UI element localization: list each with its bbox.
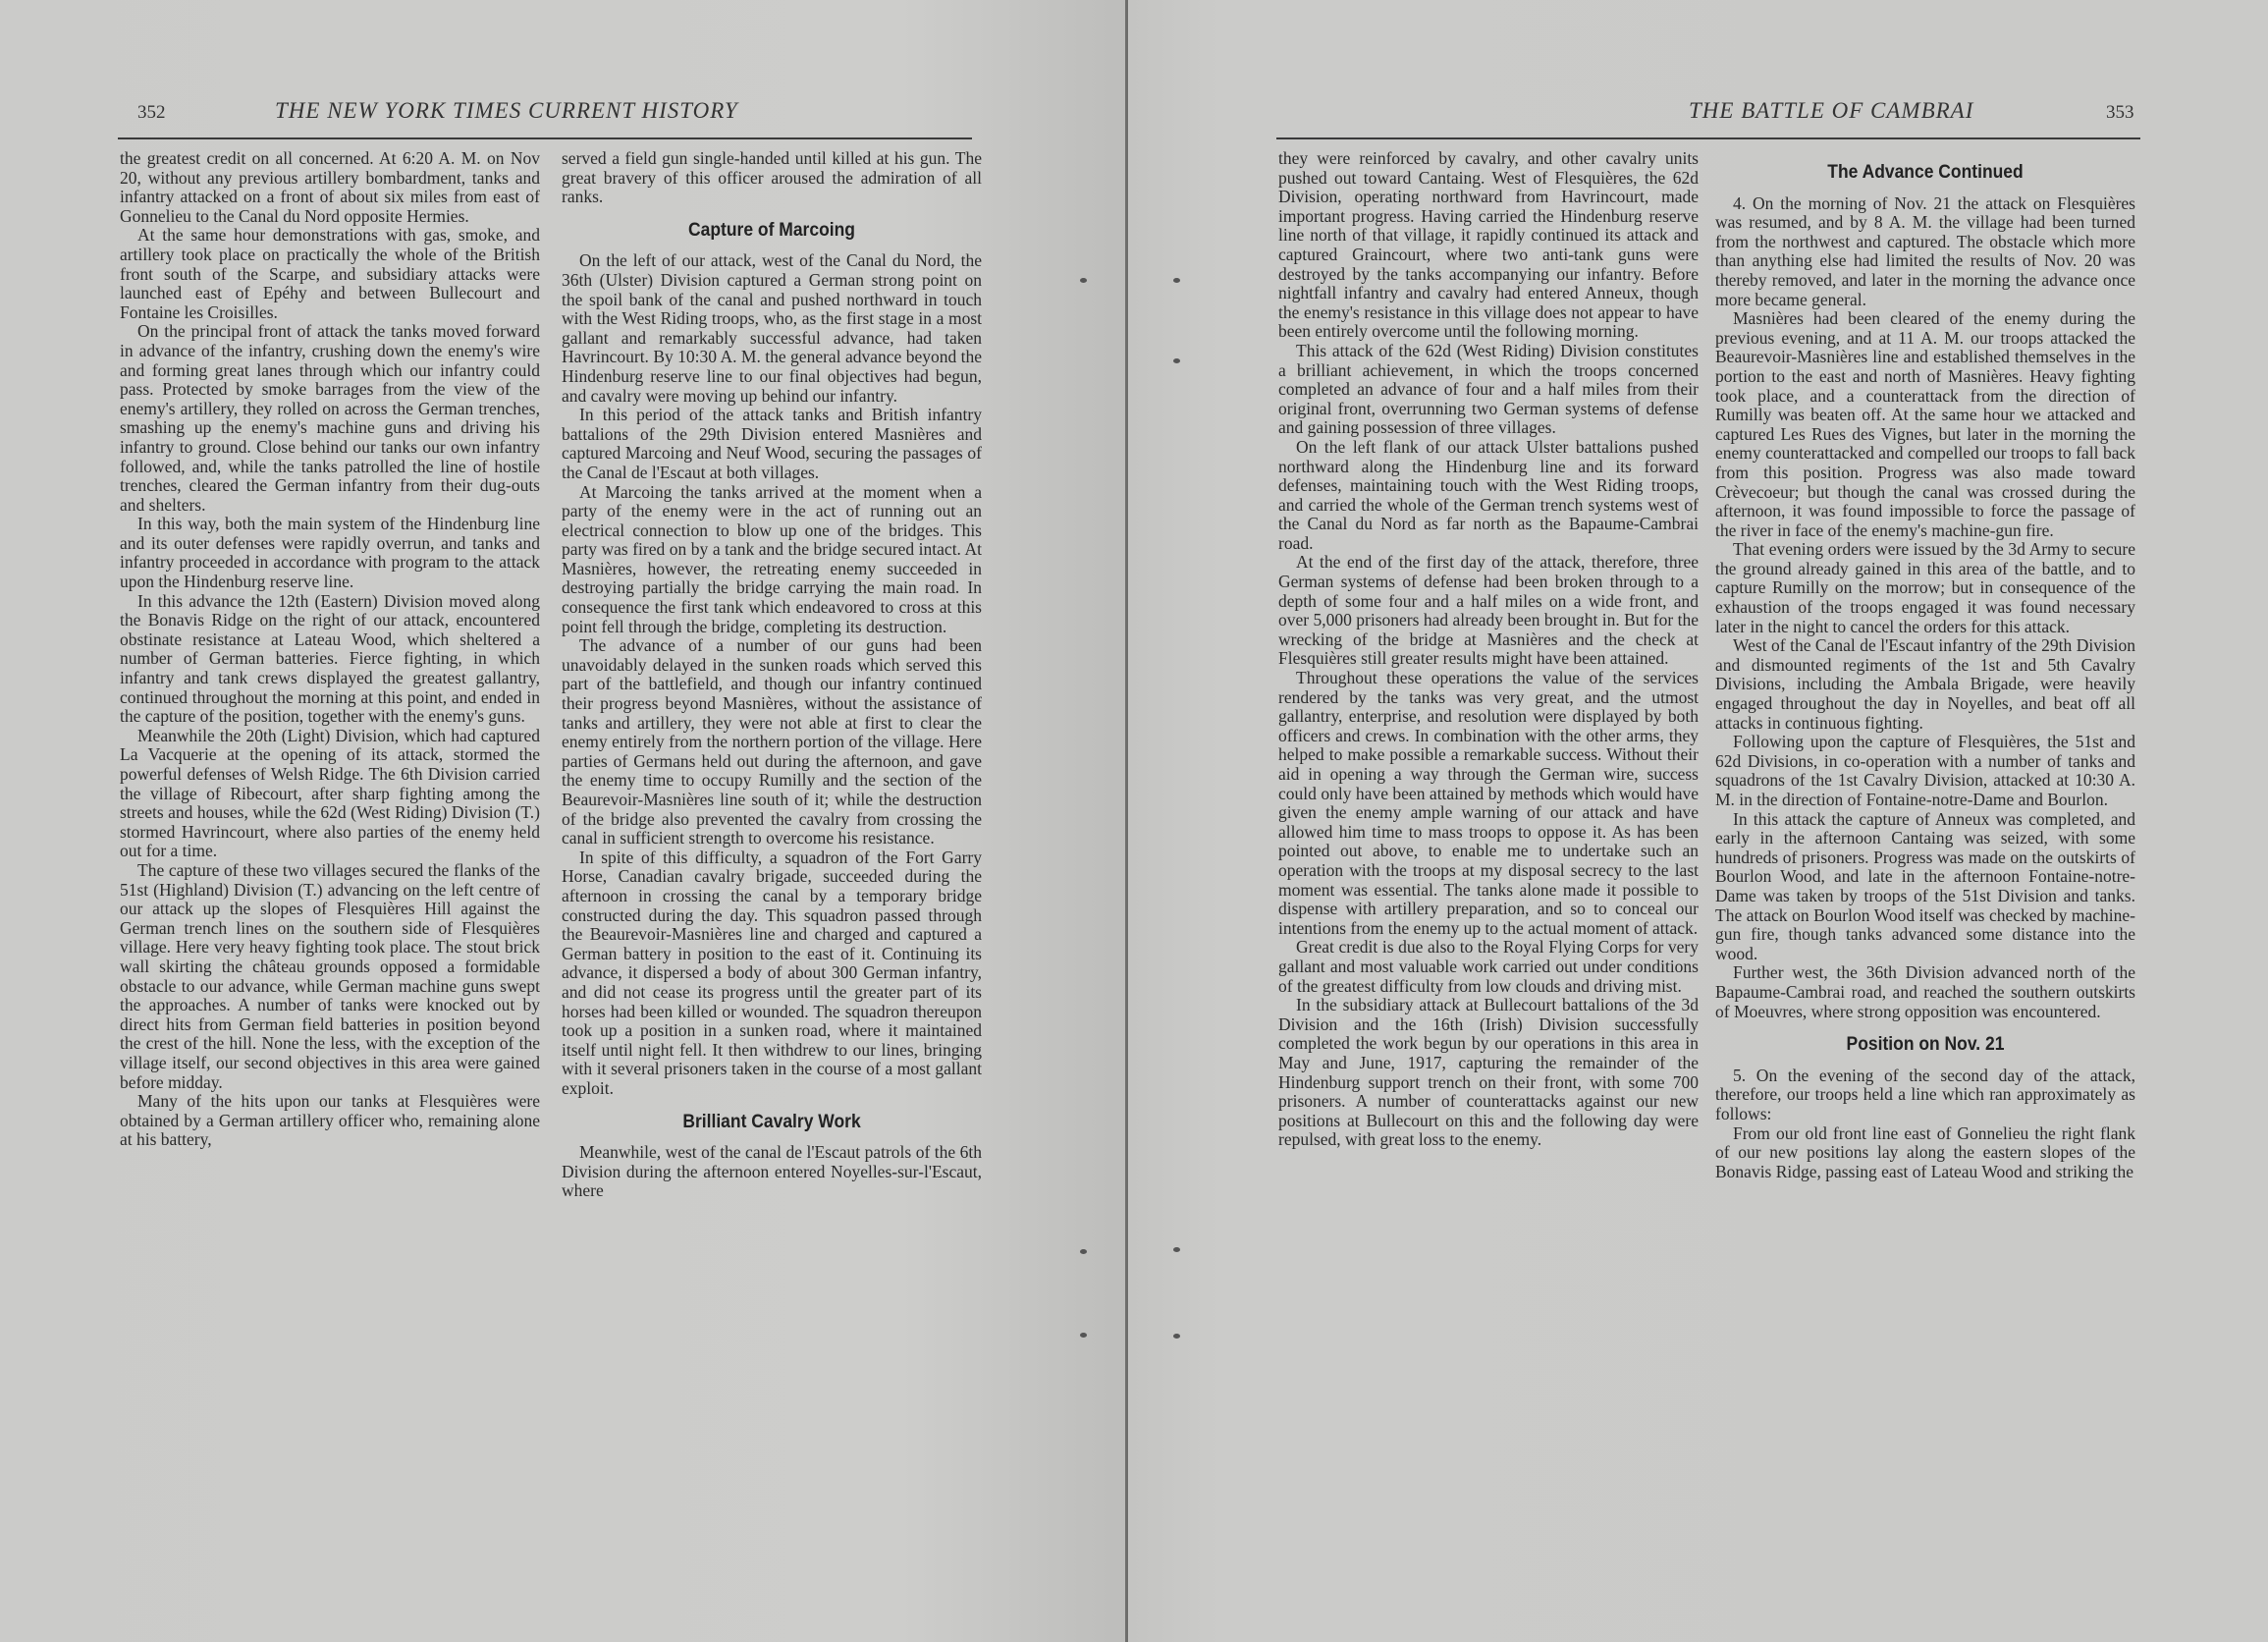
paragraph: The capture of these two villages secure…	[120, 861, 540, 1092]
running-head-right: THE BATTLE OF CAMBRAI 353	[1276, 98, 2140, 137]
paragraph: In this period of the attack tanks and B…	[562, 406, 982, 482]
paragraph: the greatest credit on all concerned. At…	[120, 149, 540, 226]
paragraph: That evening orders were issued by the 3…	[1715, 540, 2135, 636]
paragraph: In this advance the 12th (Eastern) Divis…	[120, 592, 540, 727]
paragraph: At the end of the first day of the attac…	[1278, 553, 1699, 669]
paragraph: Further west, the 36th Division advanced…	[1715, 963, 2135, 1021]
paragraph: The advance of a number of our guns had …	[562, 636, 982, 848]
section-heading: Position on Nov. 21	[1732, 1035, 2119, 1055]
paragraph: served a field gun single-handed until k…	[562, 149, 982, 207]
scan-speck	[1080, 278, 1087, 283]
paragraph: Throughout these operations the value of…	[1278, 669, 1699, 938]
column: they were reinforced by cavalry, and oth…	[1278, 149, 1699, 1150]
paragraph: In this attack the capture of Anneux was…	[1715, 810, 2135, 964]
paragraph: On the left flank of our attack Ulster b…	[1278, 438, 1699, 554]
section-heading: The Advance Continued	[1732, 163, 2119, 183]
paragraph: At the same hour demonstrations with gas…	[120, 226, 540, 322]
running-head-left: 352 THE NEW YORK TIMES CURRENT HISTORY	[137, 98, 982, 137]
paragraph: they were reinforced by cavalry, and oth…	[1278, 149, 1699, 342]
header-rule	[118, 137, 972, 139]
paragraph: 4. On the morning of Nov. 21 the attack …	[1715, 194, 2135, 310]
paragraph: This attack of the 62d (West Riding) Div…	[1278, 342, 1699, 438]
page-gutter	[1125, 0, 1128, 1642]
scan-speck	[1173, 358, 1180, 363]
scan-speck	[1173, 1334, 1180, 1339]
paragraph: In the subsidiary attack at Bullecourt b…	[1278, 996, 1699, 1150]
section-heading: Capture of Marcoing	[578, 221, 965, 241]
paragraph: Masnières had been cleared of the enemy …	[1715, 309, 2135, 540]
running-head-title: THE NEW YORK TIMES CURRENT HISTORY	[275, 98, 738, 124]
scan-speck	[1173, 278, 1180, 283]
header-rule	[1276, 137, 2140, 139]
paragraph: In this way, both the main system of the…	[120, 515, 540, 591]
scan-speck	[1173, 1247, 1180, 1252]
column: served a field gun single-handed until k…	[562, 149, 982, 1201]
page-number: 353	[2106, 102, 2134, 124]
left-page: 352 THE NEW YORK TIMES CURRENT HISTORY t…	[0, 0, 1127, 1642]
section-heading: Brilliant Cavalry Work	[578, 1113, 965, 1132]
scan-speck	[1080, 1333, 1087, 1338]
column: the greatest credit on all concerned. At…	[120, 149, 540, 1150]
paragraph: Following upon the capture of Flesquière…	[1715, 733, 2135, 809]
paragraph: Many of the hits upon our tanks at Flesq…	[120, 1092, 540, 1150]
column: The Advance Continued4. On the morning o…	[1715, 149, 2135, 1181]
running-head-title: THE BATTLE OF CAMBRAI	[1689, 98, 1973, 124]
scan-speck	[1080, 1249, 1087, 1254]
paragraph: Great credit is due also to the Royal Fl…	[1278, 938, 1699, 996]
paragraph: On the left of our attack, west of the C…	[562, 251, 982, 406]
paragraph: Meanwhile the 20th (Light) Division, whi…	[120, 727, 540, 861]
paragraph: Meanwhile, west of the canal de l'Escaut…	[562, 1143, 982, 1201]
paragraph: In spite of this difficulty, a squadron …	[562, 848, 982, 1099]
paragraph: West of the Canal de l'Escaut infantry o…	[1715, 636, 2135, 733]
paragraph: On the principal front of attack the tan…	[120, 322, 540, 515]
paragraph: From our old front line east of Gonnelie…	[1715, 1124, 2135, 1182]
page-number: 352	[137, 102, 166, 124]
right-page: THE BATTLE OF CAMBRAI 353 they were rein…	[1129, 0, 2268, 1642]
paragraph: 5. On the evening of the second day of t…	[1715, 1067, 2135, 1124]
paragraph: At Marcoing the tanks arrived at the mom…	[562, 483, 982, 637]
